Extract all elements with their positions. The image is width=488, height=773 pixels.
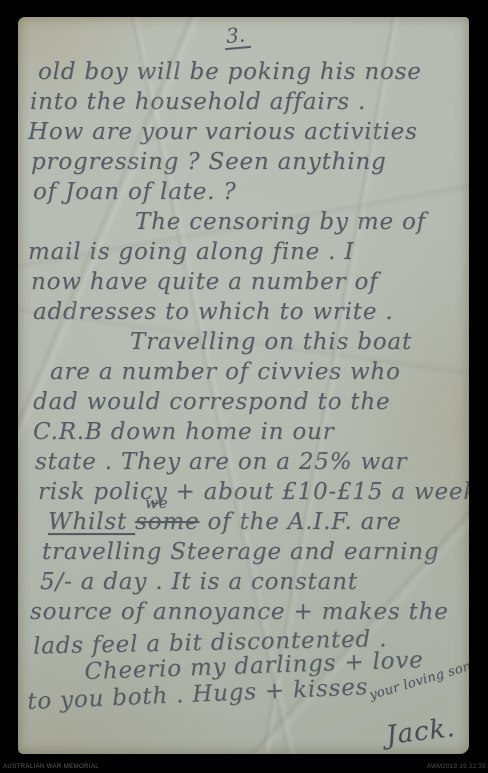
- letter-text: 5/- a day . It is a constant: [40, 569, 358, 595]
- letter-text: How are your various activities: [28, 119, 418, 145]
- letter-line: old boy will be poking his nose: [38, 57, 469, 87]
- letter-text: are a number of civvies who: [50, 359, 401, 385]
- letter-text: addresses to which to write .: [33, 299, 393, 325]
- page-number: 3.: [223, 22, 251, 50]
- letter-line: now have quite a number of: [31, 267, 469, 297]
- letter-line: dad would correspond to the: [33, 387, 469, 417]
- letter-text: progressing ? Seen anything: [31, 149, 387, 175]
- letter-page: 3. old boy will be poking his noseinto t…: [18, 17, 469, 754]
- letter-line: Whilst wesome of the A.I.F. are: [48, 507, 469, 537]
- letter-text: of Joan of late. ?: [33, 179, 237, 205]
- letter-text: travelling Steerage and earning: [42, 539, 439, 565]
- accession-number: AWM2019.19.22.35: [427, 764, 486, 770]
- letter-line: into the household affairs .: [30, 87, 469, 117]
- letter-line: addresses to which to write .: [33, 297, 469, 327]
- letter-line: progressing ? Seen anything: [31, 147, 469, 177]
- letter-line: source of annoyance + makes the: [30, 597, 469, 627]
- letter-line: state . They are on a 25% war: [35, 447, 469, 477]
- letter-line: 5/- a day . It is a constant: [40, 567, 469, 597]
- corrected-word: wesome: [135, 507, 199, 537]
- letter-text: risk policy + about £10-£15 a week: [38, 479, 469, 505]
- letter-text: state . They are on a 25% war: [35, 449, 407, 475]
- letter-text: old boy will be poking his nose: [38, 59, 422, 85]
- letter-line: of Joan of late. ?: [33, 177, 469, 207]
- letter-text: into the household affairs .: [30, 89, 366, 115]
- letter-text: of the A.I.F. are: [199, 509, 401, 535]
- letter-line: risk policy + about £10-£15 a week: [38, 477, 469, 507]
- inserted-word: we: [145, 496, 168, 511]
- letter-line: How are your various activities: [28, 117, 469, 147]
- struck-word: some: [135, 509, 199, 535]
- letter-text: The censoring by me of: [135, 209, 426, 235]
- signature: Jack.: [384, 713, 457, 751]
- letter-line: mail is going along fine . I: [28, 237, 469, 267]
- letter-text: Travelling on this boat: [130, 329, 412, 355]
- letter-body: old boy will be poking his noseinto the …: [18, 57, 469, 747]
- letter-text: Whilst: [48, 509, 135, 535]
- letter-line: Jack.: [386, 717, 469, 747]
- letter-line: C.R.B down home in our: [33, 417, 469, 447]
- letter-text: C.R.B down home in our: [33, 419, 334, 445]
- letter-text: now have quite a number of: [31, 269, 378, 295]
- letter-text: source of annoyance + makes the: [30, 599, 449, 625]
- letter-line: Travelling on this boat: [130, 327, 469, 357]
- letter-text: to you both . Hugs + kisses: [27, 674, 377, 715]
- letter-line: The censoring by me of: [135, 207, 469, 237]
- letter-text: mail is going along fine . I: [28, 239, 354, 265]
- archive-watermark: AUSTRALIAN WAR MEMORIAL: [3, 764, 99, 770]
- photo-frame: 3. old boy will be poking his noseinto t…: [0, 0, 488, 773]
- letter-line: are a number of civvies who: [50, 357, 469, 387]
- letter-line: travelling Steerage and earning: [42, 537, 469, 567]
- letter-text: dad would correspond to the: [33, 389, 390, 415]
